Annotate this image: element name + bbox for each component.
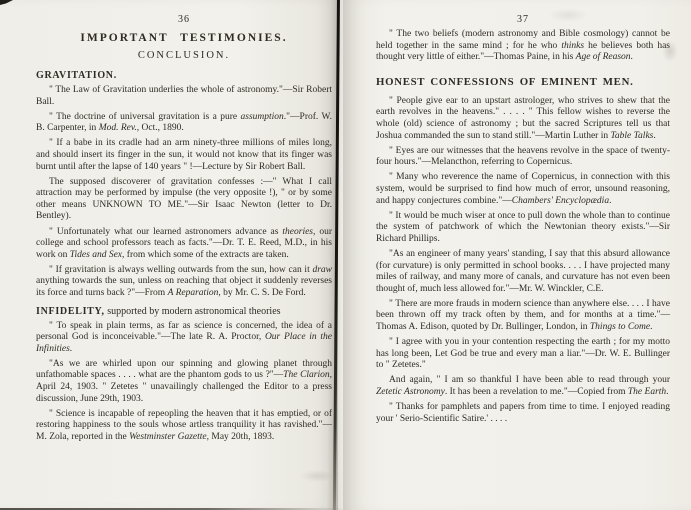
text-segment: Things to Come [590, 322, 650, 332]
text-segment: Mod. Rev. [99, 123, 137, 133]
text-segment: And again, " I am so thankful I have bee… [389, 375, 670, 385]
paragraph: " Many who reverence the name of Coperni… [376, 172, 670, 207]
text-segment: " Eyes are our witnesses that the heaven… [376, 146, 670, 168]
text-segment: . [653, 131, 655, 141]
text-segment: Table Talks [611, 131, 654, 141]
paragraph: "As we are whirled upon our spinning and… [36, 359, 332, 405]
text-segment: The Earth [628, 387, 666, 397]
chapter-subtitle: CONCLUSION. [36, 50, 332, 61]
paragraph: " The Law of Gravitation underlies the w… [36, 85, 332, 108]
paragraph: " Eyes are our witnesses that the heaven… [376, 146, 670, 169]
paragraph: The supposed discoverer of gravitation c… [36, 177, 332, 223]
right-page: 37 " The two beliefs (modern astronomy a… [343, 0, 691, 510]
right-page-content: 37 " The two beliefs (modern astronomy a… [376, 14, 670, 429]
text-segment: Tides and Sex [70, 250, 122, 260]
paragraph: " Thanks for pamphlets and papers from t… [376, 402, 670, 425]
paragraph: " There are more frauds in modern scienc… [376, 299, 670, 334]
paragraph: " People give ear to an upstart astrolog… [376, 96, 670, 142]
left-page-content: 36 IMPORTANT TESTIMONIES. CONCLUSION. GR… [36, 14, 332, 447]
text-segment: " If a babe in its cradle had an arm nin… [36, 138, 332, 171]
paragraph: " If a babe in its cradle had an arm nin… [36, 138, 332, 173]
text-segment: A Reparation [168, 288, 219, 298]
section-heading: HONEST CONFESSIONS OF EMINENT MEN. [376, 76, 670, 88]
text-segment: " The Law of Gravitation underlies the w… [36, 85, 332, 107]
page-number-left: 36 [36, 14, 332, 25]
paragraph: " It would be much wiser at once to pull… [376, 211, 670, 246]
text-segment: assumption [241, 112, 284, 122]
text-segment: Westminster Gazette [129, 432, 207, 442]
paragraph: " To speak in plain terms, as far as sci… [36, 321, 332, 356]
text-segment: , from which some of the extracts are ta… [122, 250, 289, 260]
text-segment: Zetetic Astronomy [376, 387, 445, 397]
paragraph: "As an engineer of many years' standing,… [376, 249, 670, 295]
paragraph: " Unfortunately what our learned astrono… [36, 227, 332, 262]
book-spread: 36 IMPORTANT TESTIMONIES. CONCLUSION. GR… [0, 0, 691, 510]
text-segment: " The doctrine of universal gravitation … [49, 112, 241, 122]
text-segment: . [666, 387, 668, 397]
left-page-text: GRAVITATION." The Law of Gravitation und… [36, 70, 332, 444]
text-segment: , by Mr. C. S. De Ford. [218, 288, 305, 298]
paragraph: " I agree with you in your contention re… [376, 337, 670, 372]
text-segment: " Unfortunately what our learned astrono… [49, 227, 282, 237]
text-segment: draw [312, 265, 332, 275]
text-segment: " Thanks for pamphlets and papers from t… [376, 402, 670, 424]
text-segment: , Oct., 1890. [137, 123, 184, 133]
left-page: 36 IMPORTANT TESTIMONIES. CONCLUSION. GR… [0, 0, 338, 510]
paragraph: " Science is incapable of repeopling the… [36, 409, 332, 444]
text-segment: " It would be much wiser at once to pull… [376, 211, 670, 244]
text-segment: , May 20th, 1893. [207, 432, 275, 442]
section-heading: INFIDELITY, supported by modern astronom… [36, 306, 332, 318]
text-segment: thinks [561, 41, 584, 51]
text-segment: INFIDELITY, [36, 306, 105, 317]
text-segment: "As an engineer of many years' standing,… [376, 249, 670, 294]
text-segment: . [609, 196, 611, 206]
page-number-right: 37 [376, 14, 670, 25]
text-segment: GRAVITATION. [36, 70, 117, 81]
text-segment: . [70, 344, 72, 354]
text-segment: " I agree with you in your contention re… [376, 337, 670, 370]
text-segment: . [650, 322, 652, 332]
text-segment: The supposed discoverer of gravitation c… [36, 177, 332, 222]
text-segment: supported by modern astronomical theorie… [105, 306, 281, 317]
paragraph: And again, " I am so thankful I have bee… [376, 375, 670, 398]
text-segment: Age of Reason [576, 52, 631, 62]
text-segment: The Clarion [283, 370, 329, 380]
text-segment: . It has been a revelation to me."—Copie… [445, 387, 628, 397]
right-page-text: " The two beliefs (modern astronomy and … [376, 29, 670, 425]
paragraph: " The doctrine of universal gravitation … [36, 112, 332, 135]
chapter-title: IMPORTANT TESTIMONIES. [36, 32, 332, 44]
paragraph: " The two beliefs (modern astronomy and … [376, 29, 670, 64]
text-segment: HONEST CONFESSIONS OF EMINENT MEN. [376, 76, 633, 88]
text-segment: " If gravitation is always welling outwa… [49, 265, 312, 275]
paragraph: " If gravitation is always welling outwa… [36, 265, 332, 300]
text-segment: theories [282, 227, 313, 237]
section-heading: GRAVITATION. [36, 70, 332, 82]
text-segment: . [631, 52, 633, 62]
text-segment: Chambers' Encyclopædia [512, 196, 609, 206]
